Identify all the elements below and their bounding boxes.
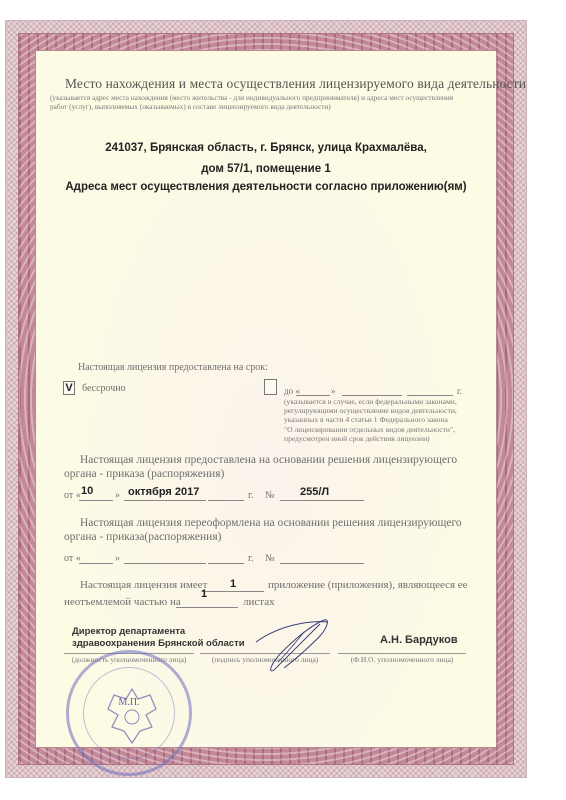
coat-of-arms-eagle-icon (102, 681, 162, 751)
location-title: Место нахождения и места осуществления л… (65, 76, 526, 92)
indefinite-label: бессрочно (82, 383, 126, 394)
appendix-line2-before: неотъемлемой частью на (64, 596, 181, 608)
until-note-line: указанных в части 4 статьи 1 Федеральног… (284, 415, 469, 424)
name-underline (338, 653, 466, 654)
grant-number-label: № (265, 490, 275, 501)
address-line-1: 241037, Брянская область, г. Брянск, ули… (0, 142, 532, 154)
reissue-year-field[interactable] (208, 563, 244, 564)
signatory-name: А.Н. Бардуков (380, 634, 458, 646)
until-quote-close: » (331, 386, 336, 396)
appendix-count-line (202, 591, 264, 592)
grant-day-line (79, 500, 113, 501)
appendix-text-before: Настоящая лицензия имеет (80, 579, 207, 591)
grant-text-line1: Настоящая лицензия предоставлена на осно… (80, 454, 457, 466)
reissue-text-line1: Настоящая лицензия переоформлена на осно… (80, 517, 462, 529)
reissue-month-field[interactable] (124, 563, 206, 564)
until-note-line: "О лицензировании отдельных видов деятел… (284, 425, 469, 434)
location-note-line2: работ (услуг), выполняемых (оказываемых)… (50, 102, 490, 111)
until-note-line: (указывается в случае, если федеральными… (284, 397, 469, 406)
grant-year-line (208, 500, 244, 501)
term-label: Настоящая лицензия предоставлена на срок… (78, 362, 268, 373)
grant-month-line (124, 500, 206, 501)
until-day-field[interactable] (296, 395, 330, 396)
indefinite-checkbox[interactable]: V (63, 381, 75, 395)
name-caption: (Ф.И.О. уполномоченного лица) (338, 655, 466, 664)
grant-text-line2: органа - приказа (распоряжения) (64, 468, 224, 480)
reissue-number-label: № (265, 553, 275, 564)
until-year-field[interactable] (407, 395, 453, 396)
signatory-position: Директор департамента здравоохранения Бр… (72, 626, 245, 650)
until-year-suffix: г. (457, 386, 462, 396)
grant-month-year: октября 2017 (128, 486, 199, 498)
grant-quote-close: » (115, 490, 120, 501)
grant-year-suffix: г. (248, 490, 253, 501)
reissue-day-field[interactable] (79, 563, 113, 564)
appendix-count: 1 (230, 578, 236, 590)
grant-number: 255/Л (300, 486, 329, 498)
until-checkbox[interactable] (264, 379, 277, 395)
grant-day: 10 (81, 485, 93, 497)
official-stamp: М.П. (66, 650, 192, 776)
reissue-text-line2: органа - приказа(распоряжения) (64, 531, 221, 543)
address-line-2: дом 57/1, помещение 1 (0, 163, 532, 175)
reissue-number-field[interactable] (280, 563, 364, 564)
until-month-field[interactable] (342, 395, 402, 396)
grant-number-line (280, 500, 364, 501)
until-note-line: регулирующими осуществление видов деятел… (284, 406, 469, 415)
position-line1: Директор департамента (72, 626, 245, 638)
appendix-sheets-line (176, 607, 238, 608)
handwritten-signature (248, 612, 338, 676)
stamp-label: М.П. (69, 697, 189, 708)
appendix-text-after: приложение (приложения), являющееся ее (268, 579, 468, 591)
location-note: (указывается адрес места нахождения (мес… (50, 93, 490, 111)
appendix-sheets: 1 (201, 588, 207, 600)
reissue-year-suffix: г. (248, 553, 253, 564)
until-note-line: предусмотрен иной срок действия лицензии… (284, 434, 469, 443)
appendix-line2-after: листах (243, 596, 275, 608)
address-line-3: Адреса мест осуществления деятельности с… (0, 181, 532, 193)
reissue-quote-close: » (115, 553, 120, 564)
position-line2: здравоохранения Брянской области (72, 638, 245, 650)
location-note-line1: (указывается адрес места нахождения (мес… (50, 93, 490, 102)
until-note: (указывается в случае, если федеральными… (284, 397, 469, 443)
